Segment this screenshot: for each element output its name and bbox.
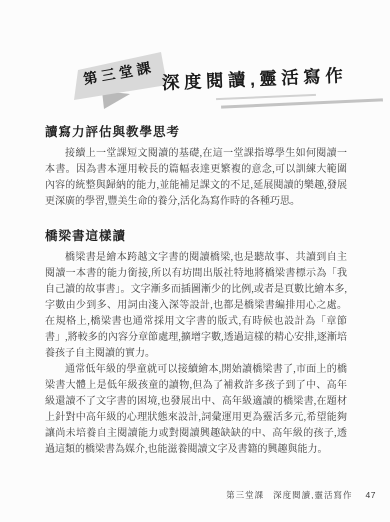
title-underline-top	[216, 94, 316, 100]
body-text-column: 讀寫力評估與教學思考 接續上一堂課短文閱讀的基礎,在這一堂課指導學生如何閱讀一本…	[45, 124, 347, 458]
chapter-title: 深度閱讀,靈活寫作	[161, 62, 347, 95]
chapter-banner-label: 第三堂課	[82, 57, 156, 89]
running-footer: 第三堂課深度閱讀,靈活寫作47	[0, 489, 376, 501]
footer-title-label: 深度閱讀,靈活寫作	[273, 490, 352, 500]
section-heading-bridge-books: 橋梁書這樣讀	[45, 228, 347, 244]
paragraph-assessment-1: 接續上一堂課短文閱讀的基礎,在這一堂課指導學生如何閱讀一本書。因為書本運用較長的…	[45, 146, 347, 210]
section-heading-assessment: 讀寫力評估與教學思考	[45, 124, 347, 140]
book-page: 第三堂課 深度閱讀,靈活寫作 讀寫力評估與教學思考 接續上一堂課短文閱讀的基礎,…	[0, 0, 390, 522]
paragraph-bridge-books-2: 通常低年級的學童就可以接續繪本,開始讀橋梁書了,市面上的橋梁書大體上是低年級孩童…	[45, 362, 347, 458]
footer-chapter-label: 第三堂課	[226, 490, 264, 500]
title-underline-bottom	[221, 98, 383, 108]
footer-page-number: 47	[366, 490, 376, 500]
paragraph-bridge-books-1: 橋梁書是繪本跨越文字書的閱讀橋梁,也是聽故事、共讀到自主閱讀一本書的能力銜接,所…	[45, 250, 347, 362]
